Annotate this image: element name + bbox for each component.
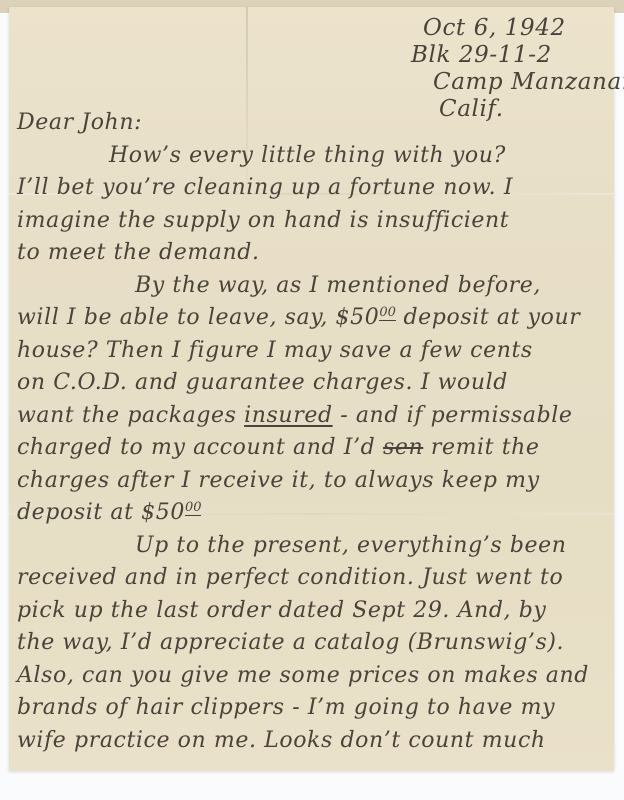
- letter-date: Oct 6, 1942: [411, 15, 624, 42]
- letter-line: deposit at $5000: [17, 497, 611, 530]
- letter-text: charged to my account and I’d: [17, 435, 383, 460]
- letter-line: the way, I’d appreciate a catalog (Bruns…: [17, 627, 611, 660]
- letter-line: charged to my account and I’d sen remit …: [17, 432, 611, 465]
- letter-line: on C.O.D. and guarantee charges. I would: [17, 367, 611, 400]
- letter-address-block: Blk 29-11-2: [411, 42, 624, 69]
- letter-text: will I be able to leave, say, $50: [17, 305, 379, 330]
- letter-line: imagine the supply on hand is insufficie…: [17, 205, 611, 238]
- salutation: Dear John:: [17, 107, 611, 140]
- letter-page: Oct 6, 1942 Blk 29-11-2 Camp Manzanar Ca…: [9, 7, 614, 771]
- letter-line: will I be able to leave, say, $5000 depo…: [17, 302, 611, 335]
- letter-line: charges after I receive it, to always ke…: [17, 465, 611, 498]
- letter-line: received and in perfect condition. Just …: [17, 562, 611, 595]
- letter-text: - and if permissable: [333, 403, 573, 428]
- letter-line: wife practice on me. Looks don’t count m…: [17, 725, 611, 758]
- superscript-cents: 00: [379, 305, 396, 321]
- letter-text: want the packages: [17, 403, 244, 428]
- letter-line: house? Then I figure I may save a few ce…: [17, 335, 611, 368]
- superscript-cents: 00: [185, 500, 202, 516]
- letter-line: I’ll bet you’re cleaning up a fortune no…: [17, 172, 611, 205]
- letter-line: want the packages insured - and if permi…: [17, 400, 611, 433]
- struck-out-word: sen: [383, 435, 423, 460]
- letter-line: to meet the demand.: [17, 237, 611, 270]
- letter-line: By the way, as I mentioned before,: [17, 270, 611, 303]
- letter-line: pick up the last order dated Sept 29. An…: [17, 595, 611, 628]
- letter-line: brands of hair clippers - I’m going to h…: [17, 692, 611, 725]
- letter-text: remit the: [423, 435, 539, 460]
- letter-body: Dear John: How’s every little thing with…: [17, 107, 611, 757]
- letter-address-camp: Camp Manzanar: [411, 69, 624, 96]
- letter-line: Up to the present, everything’s been: [17, 530, 611, 563]
- letter-line: Also, can you give me some prices on mak…: [17, 660, 611, 693]
- letter-line: How’s every little thing with you?: [17, 140, 611, 173]
- letter-text: deposit at your: [396, 305, 581, 330]
- underlined-word: insured: [244, 403, 332, 428]
- letter-text: deposit at $50: [17, 500, 185, 525]
